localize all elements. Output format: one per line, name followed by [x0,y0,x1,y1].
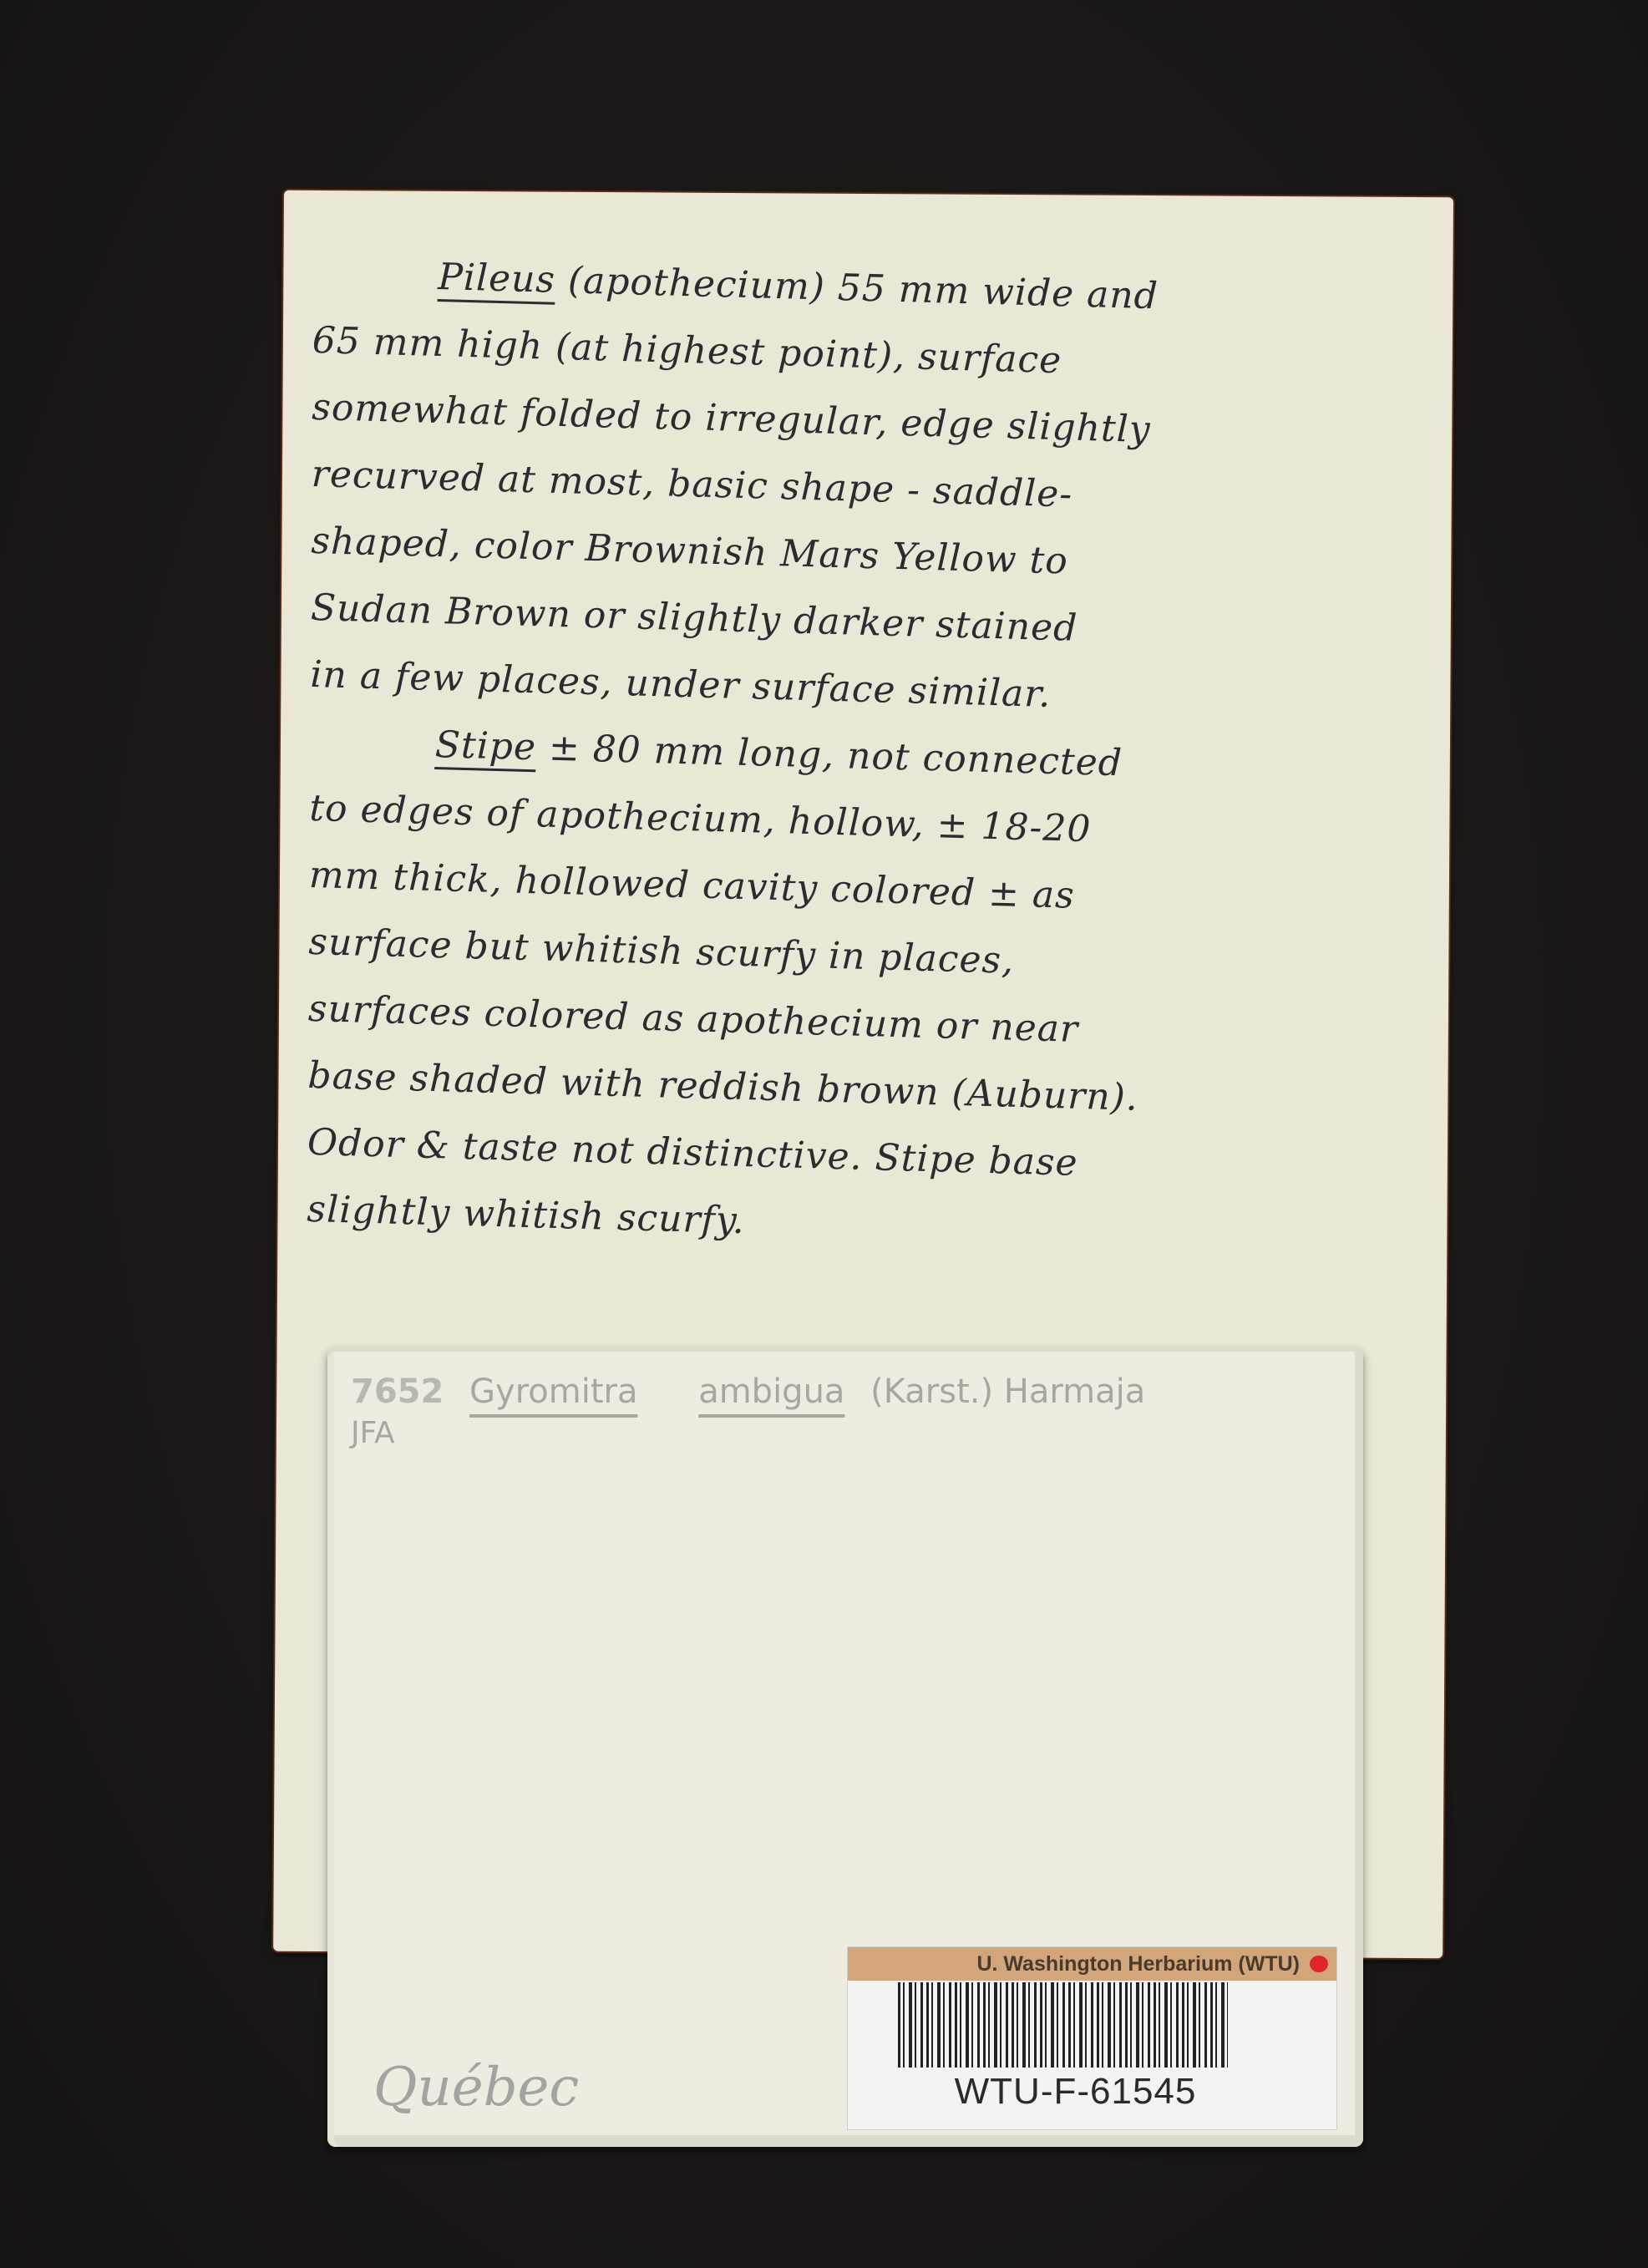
specimen-number: 7652 [351,1372,444,1411]
authority: (Karst.) Harmaja [870,1372,1145,1411]
pileus-heading: Pileus [438,256,556,302]
handwritten-description: Pileus (apothecium) 55 mm wide and 65 mm… [307,241,1423,1250]
barcode-icon [898,1982,1228,2068]
catalog-number: WTU-F-61545 [848,2071,1303,2113]
red-dot-icon [1310,1956,1328,1972]
institution-header: U. Washington Herbarium (WTU) [848,1947,1336,1981]
specimen-box: 7652 Gyromitra ambigua (Karst.) Harmaja … [327,1347,1363,2147]
species-name: ambigua [698,1372,844,1411]
locality: Québec [373,2057,579,2118]
barcode-label: U. Washington Herbarium (WTU) WTU-F-6154… [847,1946,1337,2130]
box-pencil-label: 7652 Gyromitra ambigua (Karst.) Harmaja … [351,1372,1145,1454]
genus-name: Gyromitra [469,1372,637,1411]
stipe-heading: Stipe [434,723,536,769]
institution-name: U. Washington Herbarium (WTU) [976,1952,1300,1976]
collector-initials: JFA [351,1413,1145,1454]
